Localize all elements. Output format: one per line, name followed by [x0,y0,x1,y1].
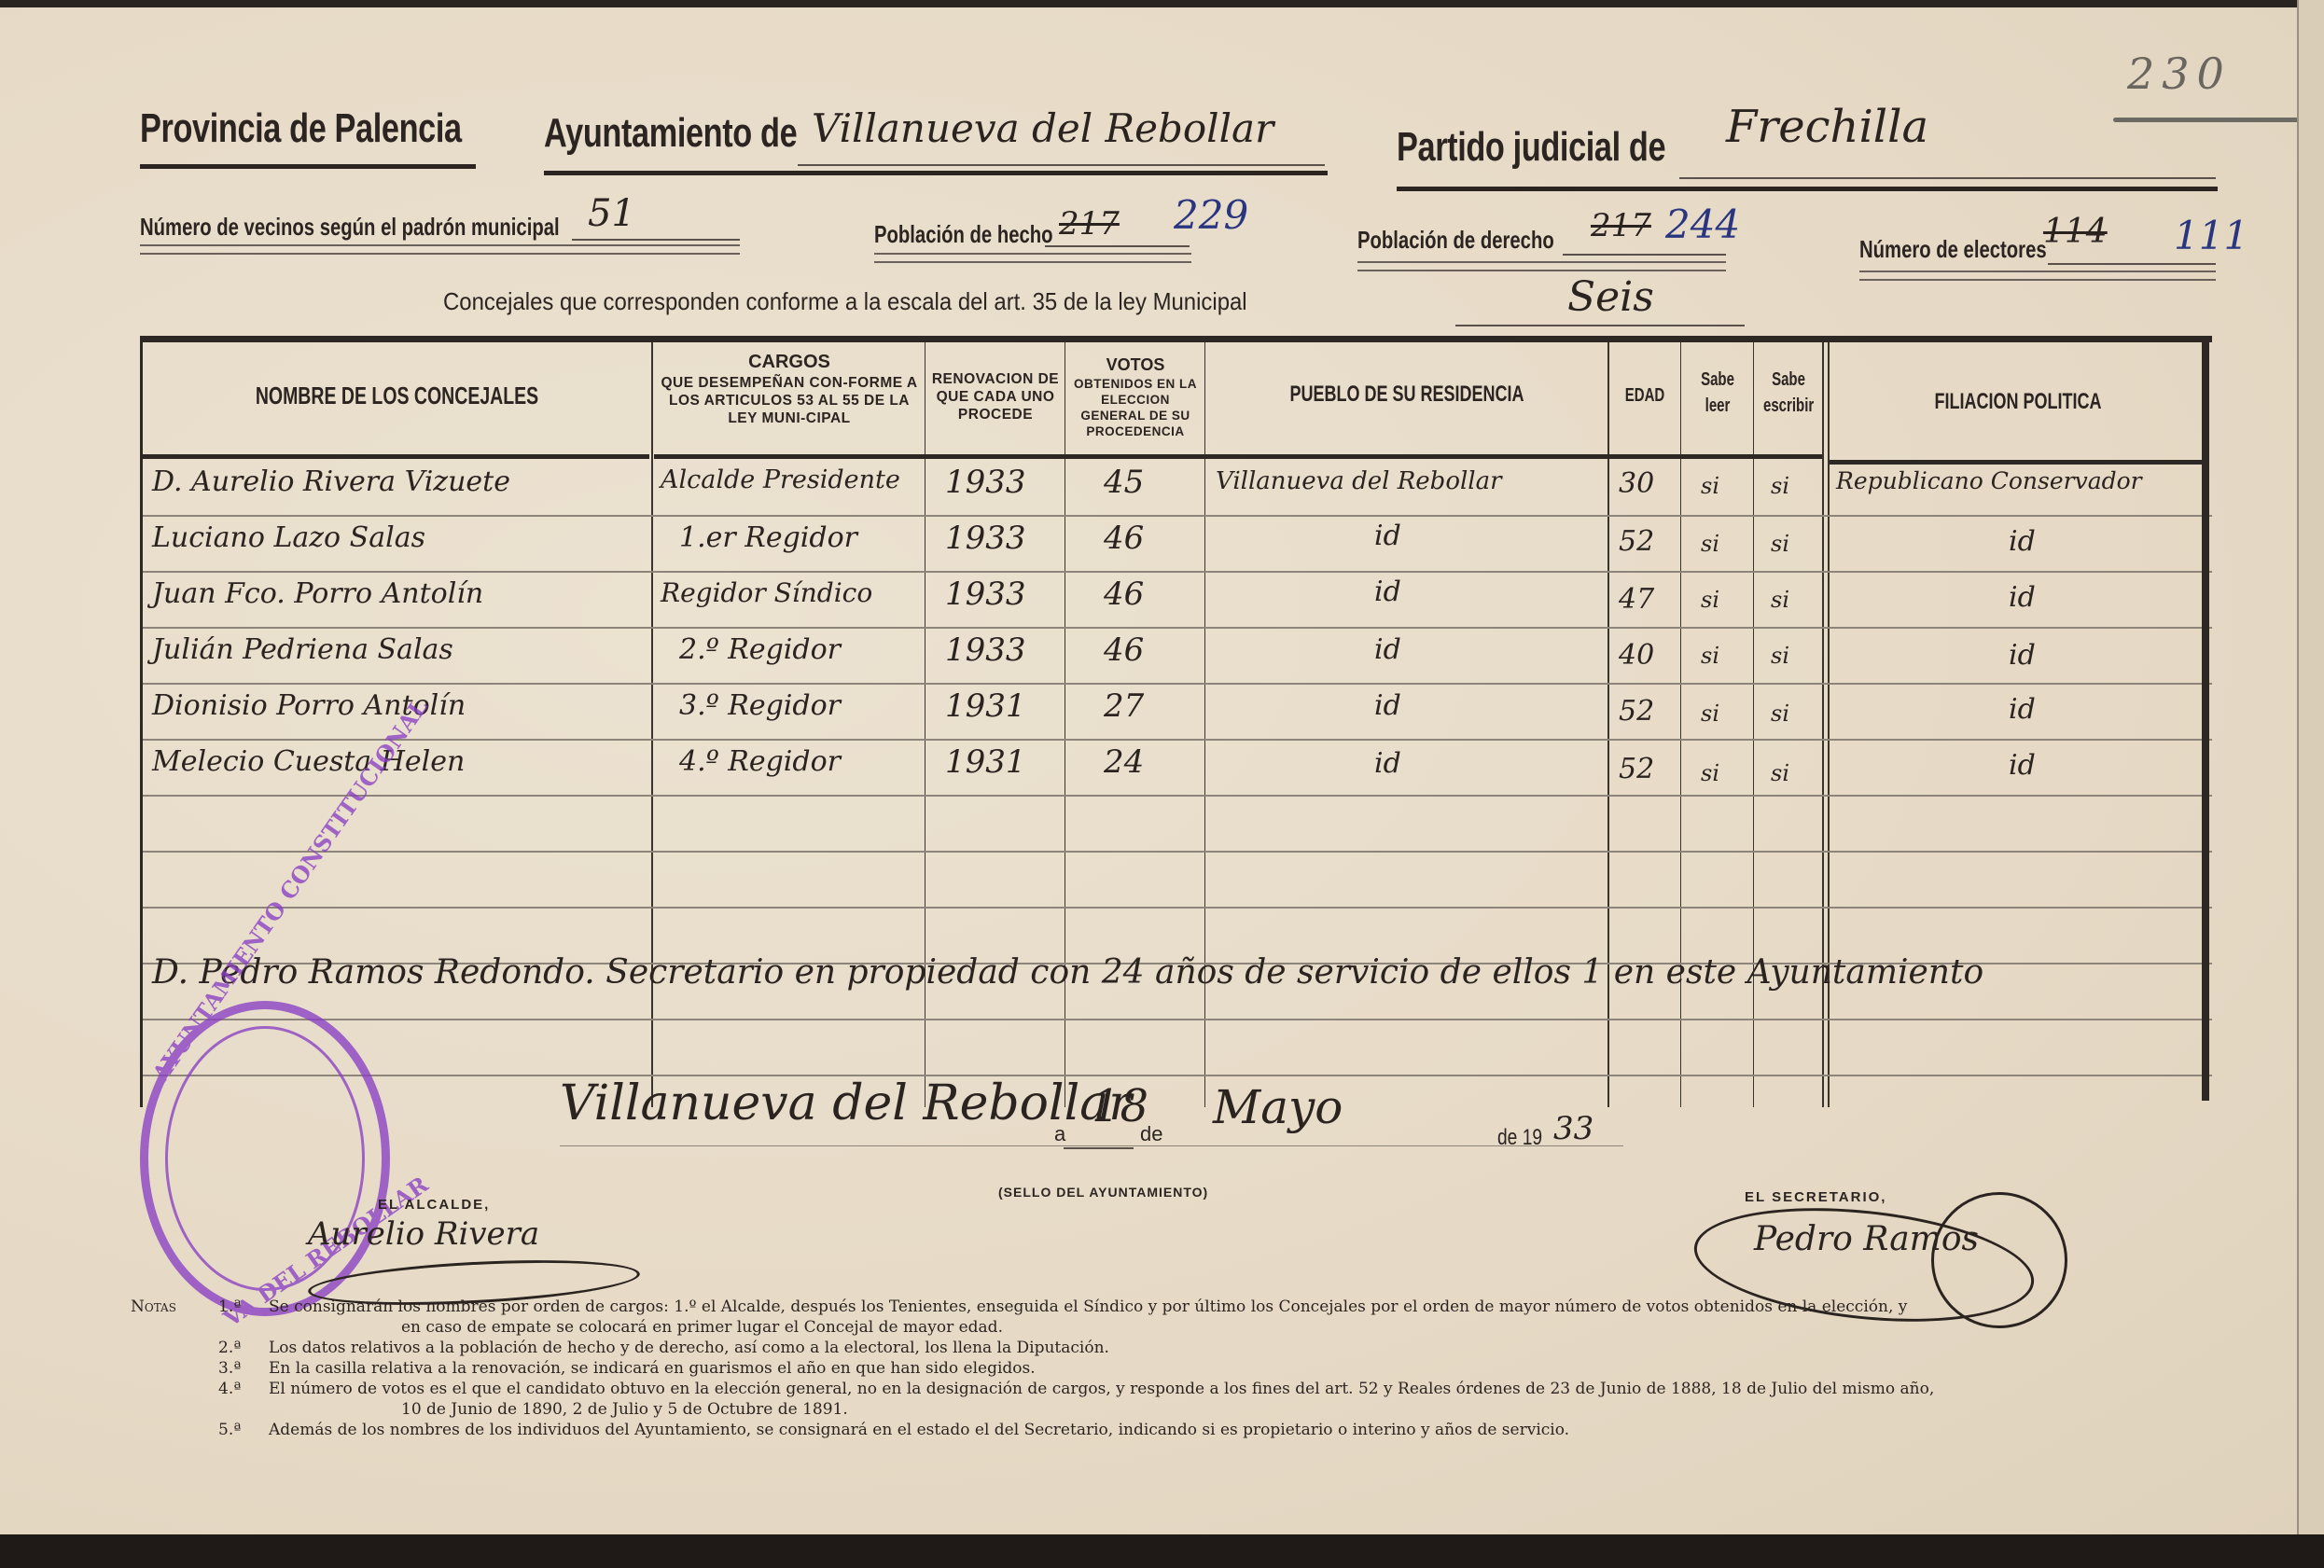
footer-year-suffix: 33 [1553,1110,1593,1147]
note-text: Se consignarán los nombres por orden de … [269,1297,1907,1317]
partido-value: Frechilla [1726,101,1928,153]
row-1-edad: 52 [1619,525,1654,558]
row-rule [143,795,2212,797]
row-3-escribir: si [1771,643,1789,669]
electores-struck-value: 114 [2043,213,2108,251]
row-5-pueblo: id [1374,747,1401,780]
electores-value: 111 [2174,213,2248,258]
row-0-leer: si [1701,473,1719,499]
concejales-field-line [1455,325,1745,326]
concejales-label: Concejales que corresponden conforme a l… [443,287,1247,316]
partido-underline [1397,187,2218,191]
note-number: 3.ª [218,1358,246,1379]
footer-a: a [1054,1122,1065,1146]
row-0-edad: 30 [1619,467,1654,500]
row-5-nombre: Melecio Cuesta Helen [152,745,465,778]
row-2-filiacion: id [2009,581,2036,614]
hecho-value: 229 [1174,192,1248,238]
derecho-double-rule [1357,261,1726,271]
row-3-filiacion: id [2009,639,2036,672]
hecho-double-rule [874,253,1191,263]
row-2-renovacion: 1933 [945,576,1026,613]
vecinos-label: Número de vecinos según el padrón munici… [140,213,560,242]
partido-field-line [1679,177,2216,179]
row-5-cargo: 4.º Regidor [679,745,841,778]
row-3-renovacion: 1933 [945,631,1026,669]
header-edad: EDAD [1619,385,1672,407]
row-2-cargo: Regidor Síndico [661,577,872,608]
note-continuation: 10 de Junio de 1890, 2 de Julio y 5 de O… [401,1399,848,1420]
note-text: Los datos relativos a la población de he… [269,1338,1109,1358]
row-3-edad: 40 [1619,639,1654,672]
header-pueblo: PUEBLO DE SU RESIDENCIA [1257,382,1558,408]
row-4-renovacion: 1931 [945,687,1026,725]
row-4-votos: 27 [1104,687,1144,725]
row-0-votos: 45 [1104,464,1144,501]
header-renovacion: RENOVACION DE QUE CADA UNO PROCEDE [926,370,1065,423]
row-1-pueblo: id [1374,520,1401,552]
ayuntamiento-value: Villanueva del Rebollar [812,105,1273,151]
hecho-label: Población de hecho [874,220,1053,249]
secretario-label: EL SECRETARIO, [1745,1189,1886,1205]
note-number: 1.ª [218,1297,246,1317]
header-rule [143,454,649,459]
col-divider [1822,342,1824,1107]
header-votos-title: VOTOS [1066,355,1204,375]
col-divider [1828,342,1830,1107]
header-rule [654,454,1822,459]
row-0-cargo: Alcalde Presidente [661,465,900,494]
header-votos-sub: OBTENIDOS EN LA ELECCION GENERAL DE SU P… [1068,376,1203,439]
book-page-edge [2297,0,2324,1568]
day-field-line [1064,1147,1134,1149]
row-5-votos: 24 [1104,743,1144,781]
row-5-edad: 52 [1619,753,1654,785]
row-rule [143,907,2212,909]
row-2-escribir: si [1771,587,1789,613]
row-1-leer: si [1701,531,1719,557]
alcalde-signature: Aurelio Rivera [308,1215,539,1253]
header-rule [1830,460,2203,465]
date-field-line [560,1145,1623,1146]
header-filiacion: FILIACION POLITICA [1878,389,2158,415]
row-3-leer: si [1701,643,1719,669]
row-2-edad: 47 [1619,583,1654,616]
row-2-pueblo: id [1374,576,1401,608]
hecho-field-line [1045,245,1190,247]
footer-month: Mayo [1213,1080,1343,1134]
row-0-nombre: D. Aurelio Rivera Vizuete [152,465,510,498]
row-2-nombre: Juan Fco. Porro Antolín [152,577,483,610]
note-text: Además de los nombres de los individuos … [269,1420,1569,1440]
header-nombre: NOMBRE DE LOS CONCEJALES [206,382,588,410]
derecho-label: Población de derecho [1357,226,1554,255]
row-1-renovacion: 1933 [945,520,1026,557]
hecho-struck-value: 217 [1059,205,1120,243]
ayuntamiento-underline [544,171,1328,175]
vecinos-double-rule [140,244,740,255]
row-3-pueblo: id [1374,633,1401,666]
row-rule [143,739,2212,741]
provincia-label: Provincia de Palencia [140,105,462,152]
row-5-filiacion: id [2009,749,2036,782]
concejales-table: NOMBRE DE LOS CONCEJALES CARGOS QUE DESE… [140,336,2212,1107]
row-4-escribir: si [1771,701,1789,727]
row-0-escribir: si [1771,473,1789,499]
note-text: El número de votos es el que el candidat… [269,1379,1934,1399]
derecho-field-line [1563,254,1726,256]
book-binding [0,1534,2324,1568]
row-1-cargo: 1.er Regidor [679,521,857,554]
row-4-leer: si [1701,701,1719,727]
note-number: 5.ª [218,1420,246,1440]
vecinos-field-line [572,239,740,241]
note-number: 2.ª [218,1338,246,1358]
concejales-value: Seis [1567,273,1654,321]
row-rule [143,515,2212,517]
row-3-nombre: Julián Pedriena Salas [152,633,453,666]
row-1-escribir: si [1771,531,1789,557]
footer-de: de [1140,1122,1162,1146]
row-2-leer: si [1701,587,1719,613]
row-rule [143,1019,2212,1020]
ayuntamiento-stamp: AYUNTAMIENTO CONSTITUCIONAL VA DEL REBOL… [140,1001,390,1316]
vecinos-value: 51 [588,192,635,235]
provincia-underline [140,164,476,169]
footer-place: Villanueva del Rebollar [560,1075,1132,1131]
row-1-nombre: Luciano Lazo Salas [152,521,425,554]
row-5-escribir: si [1771,760,1789,786]
row-rule [143,1075,2212,1076]
row-3-votos: 46 [1104,631,1144,669]
partido-label: Partido judicial de [1397,124,1665,171]
row-0-filiacion: Republicano Conservador [1836,467,2142,494]
electores-double-rule [1859,271,2216,281]
electores-field-line [2048,263,2216,265]
row-4-cargo: 3.º Regidor [679,689,841,722]
page-number-underline [2113,118,2300,122]
footer-de-year: de 19 [1497,1125,1542,1151]
header-sabe-escribir: Sabe escribir [1763,367,1814,419]
row-rule [143,627,2212,629]
page-number: 230 [2127,49,2232,99]
row-rule [143,851,2212,853]
row-5-leer: si [1701,760,1719,786]
row-rule [143,683,2212,685]
header-cargos-sub: QUE DESEMPEÑAN CON-FORME A LOS ARTICULOS… [654,374,925,427]
row-4-edad: 52 [1619,695,1654,728]
ayuntamiento-label: Ayuntamiento de [544,110,797,157]
table-right-border [2202,336,2209,1101]
row-4-filiacion: id [2009,693,2036,726]
derecho-struck-value: 217 [1591,207,1651,244]
derecho-value: 244 [1665,201,1740,247]
note-text: En la casilla relativa a la renovación, … [269,1358,1036,1379]
row-1-votos: 46 [1104,520,1144,557]
row-1-filiacion: id [2009,525,2036,558]
document-page: 230 Provincia de Palencia Ayuntamiento d… [0,7,2304,1537]
col-divider [651,342,653,1107]
electores-label: Número de electores [1859,235,2047,264]
header-cargos-title: CARGOS [654,352,925,373]
row-2-votos: 46 [1104,576,1144,613]
notes-label: Notas [131,1297,176,1317]
note-continuation: en caso de empate se colocará en primer … [401,1317,1003,1338]
row-0-renovacion: 1933 [945,464,1026,501]
ayuntamiento-field-line [798,164,1325,166]
alcalde-label: EL ALCALDE, [378,1197,490,1213]
note-number: 4.ª [218,1379,246,1399]
row-3-cargo: 2.º Regidor [679,633,841,666]
row-4-pueblo: id [1374,689,1401,722]
notes-section: Notas 1.ª Se consignarán los nombres por… [131,1297,2230,1440]
row-5-renovacion: 1931 [945,743,1026,781]
row-rule [143,571,2212,573]
secretario-row-text: D. Pedro Ramos Redondo. Secretario en pr… [152,953,1983,992]
header-sabe-leer: Sabe leer [1691,367,1745,419]
row-0-pueblo: Villanueva del Rebollar [1216,467,1502,495]
sello-label: (SELLO DEL AYUNTAMIENTO) [998,1185,1208,1200]
